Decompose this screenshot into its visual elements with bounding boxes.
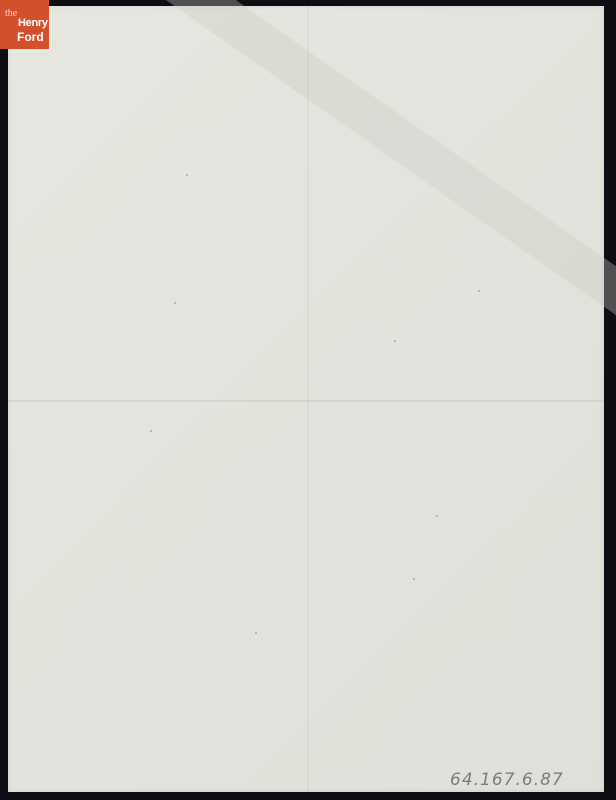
logo-the: the (5, 8, 17, 19)
henry-ford-logo: the Henry Ford (0, 0, 49, 49)
paper-speck (478, 290, 480, 292)
paper-speck (413, 578, 415, 580)
document-page (8, 6, 604, 792)
paper-speck (150, 430, 152, 432)
accession-number: 64.167.6.87 (450, 770, 564, 790)
paper-speck (255, 632, 257, 634)
logo-ford: Ford (17, 30, 44, 44)
paper-speck (436, 515, 438, 517)
paper-speck (394, 340, 396, 342)
paper-speck (174, 302, 176, 304)
paper-speck (186, 174, 188, 176)
vertical-fold-line (307, 6, 309, 792)
logo-henry: Henry (18, 17, 48, 29)
horizontal-fold-line (8, 400, 604, 402)
